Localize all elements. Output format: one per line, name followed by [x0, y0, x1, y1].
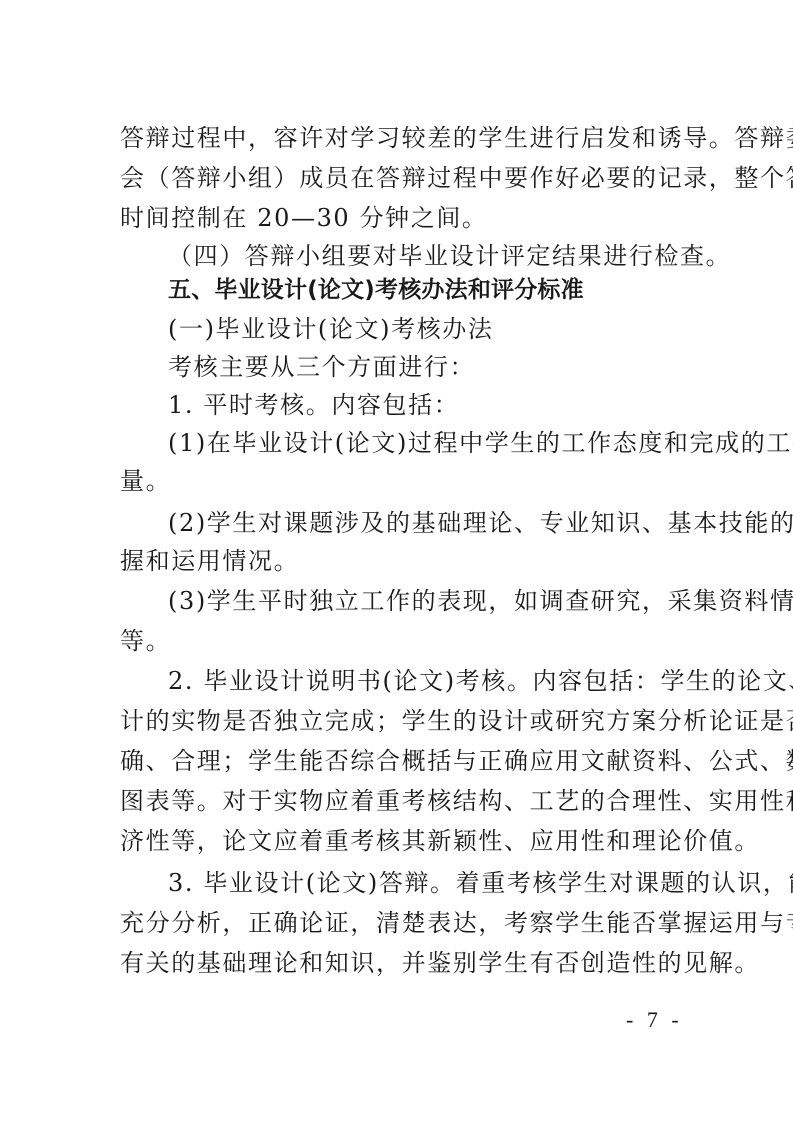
- list-item: (2)学生对课题涉及的基础理论、专业知识、基本技能的掌: [168, 508, 676, 538]
- paragraph-line: 答辩过程中，容许对学习较差的学生进行启发和诱导。答辩委员: [120, 123, 676, 153]
- list-item-continuation: 等。: [120, 626, 676, 656]
- page-number: - 7 -: [626, 1007, 683, 1033]
- list-item-heading: 1. 平时考核。内容包括：: [168, 390, 676, 420]
- list-item-continuation: 量。: [120, 466, 676, 496]
- list-item-heading: 2. 毕业设计说明书(论文)考核。内容包括：学生的论文、设: [168, 666, 676, 696]
- paragraph-line: 充分分析，正确论证，清楚表达，考察学生能否掌握运用与专业: [120, 908, 676, 938]
- section-heading: 五、毕业设计(论文)考核办法和评分标准: [168, 275, 676, 305]
- paragraph-line: 确、合理；学生能否综合概括与正确应用文献资料、公式、数据、: [120, 746, 676, 776]
- paragraph-line: （四）答辩小组要对毕业设计评定结果进行检查。: [168, 241, 676, 271]
- subsection-heading: (一)毕业设计(论文)考核办法: [168, 314, 676, 344]
- paragraph-line: 计的实物是否独立完成；学生的设计或研究方案分析论证是否正: [120, 706, 676, 736]
- paragraph-line: 济性等，论文应着重考核其新颖性、应用性和理论价值。: [120, 826, 676, 856]
- paragraph-line: 图表等。对于实物应着重考核结构、工艺的合理性、实用性和经: [120, 786, 676, 816]
- list-item: (1)在毕业设计(论文)过程中学生的工作态度和完成的工作: [168, 428, 676, 458]
- paragraph-line: 时间控制在 20—30 分钟之间。: [120, 203, 676, 233]
- paragraph-line: 考核主要从三个方面进行：: [168, 352, 676, 382]
- list-item-heading: 3. 毕业设计(论文)答辩。着重考核学生对课题的认识，能否: [168, 868, 676, 898]
- paragraph-line: 会（答辩小组）成员在答辩过程中要作好必要的记录，整个答辩: [120, 163, 676, 193]
- list-item-continuation: 握和运用情况。: [120, 546, 676, 576]
- paragraph-line: 有关的基础理论和知识，并鉴别学生有否创造性的见解。: [120, 948, 676, 978]
- list-item: (3)学生平时独立工作的表现，如调查研究，采集资料情况: [168, 586, 676, 616]
